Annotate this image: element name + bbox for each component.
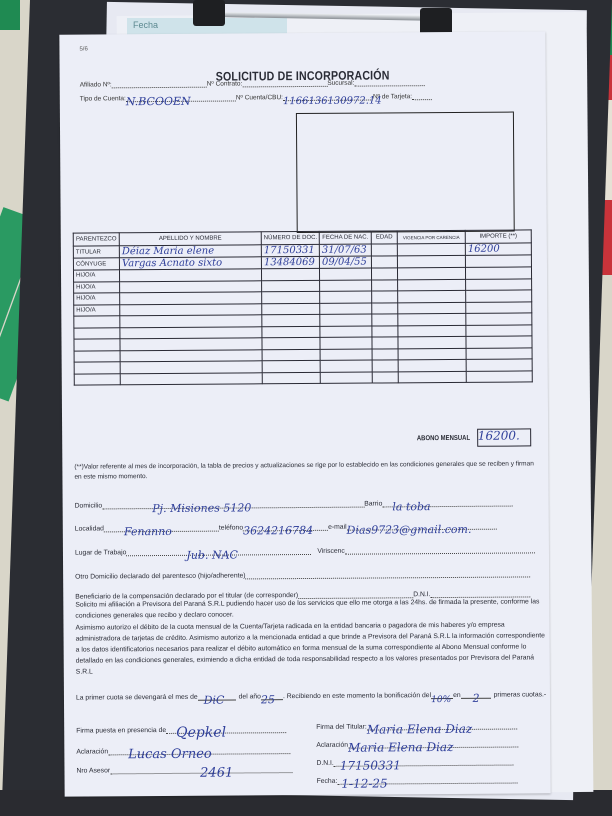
cell-vigencia[interactable] [398, 325, 466, 337]
header-row-1: Afiliado Nº: Nº Contrato: Sucursal: [80, 76, 425, 88]
cell-fecha-nac[interactable] [320, 372, 372, 384]
cell-vigencia[interactable] [397, 255, 465, 267]
price-note: (**)Valor referente al mes de incorporac… [74, 459, 536, 482]
cell-doc[interactable] [262, 326, 320, 338]
cell-fecha-nac[interactable]: 09/04/55 [319, 256, 371, 268]
cell-doc[interactable] [262, 314, 320, 326]
afiliado-field[interactable] [112, 78, 207, 89]
asesor-label: Nro Asesor [76, 767, 110, 774]
authorization-paragraph: Asimismo autorizo el débito de la cuota … [75, 619, 545, 677]
localidad-row: Localidad Fenanno teléfono 3624216784 e-… [75, 520, 497, 533]
quota-middle-text: . Recibiendo en este momento la bonifica… [283, 692, 431, 700]
aclaracion-left-label: Aclaración [76, 748, 108, 755]
cell-vigencia[interactable] [398, 348, 466, 360]
cell-importe[interactable] [466, 313, 532, 325]
otro-domicilio-field[interactable] [245, 567, 530, 579]
quota-year-field[interactable]: 25 [261, 690, 283, 700]
telefono-label: teléfono [219, 524, 243, 531]
quota-month-field[interactable]: DiC [198, 690, 236, 700]
relationship-cell: CÓNYUGE [73, 258, 119, 270]
relationship-cell: HIJO/A [74, 304, 120, 316]
localidad-field[interactable]: Fenanno [104, 522, 219, 533]
relationship-cell: HIJO/A [73, 270, 119, 282]
cell-nombre[interactable]: Vargas Acnato sixto [119, 257, 261, 270]
column-header: EDAD [371, 231, 397, 244]
relationship-cell: TITULAR [73, 246, 119, 258]
application-form: 5/6 SOLICITUD DE INCORPORACIÓN Afiliado … [59, 31, 550, 796]
cell-importe[interactable] [465, 255, 531, 267]
cell-vigencia[interactable] [398, 336, 466, 348]
viviscenc-field[interactable] [345, 543, 535, 554]
presencia-label: Firma puesta en presencia de [76, 727, 166, 735]
cell-doc[interactable] [262, 360, 320, 372]
email-label: e-mail [328, 524, 347, 531]
cell-edad[interactable] [372, 291, 398, 303]
contrato-label: Nº Contrato: [207, 80, 243, 87]
cell-edad[interactable] [372, 325, 398, 337]
presencia-row: Firma puesta en presencia de Qepkel [76, 723, 286, 734]
relationship-cell: HIJO/A [74, 281, 120, 293]
contrato-field[interactable] [242, 77, 327, 88]
cell-nombre[interactable]: Déiaz Maria elene [119, 245, 261, 258]
cell-edad[interactable] [372, 279, 398, 291]
aclaracion-left-row: Aclaración Lucas Orneo [76, 744, 290, 755]
relationship-cell [74, 339, 120, 351]
domicilio-field[interactable]: Pj. Misiones 5120 [102, 498, 364, 510]
barrio-field[interactable]: la toba [382, 497, 512, 508]
header-row-2: Tipo de Cuenta: N.BCOOEN Nº Cuenta/CBU: … [80, 90, 432, 102]
cuenta-cbu-field[interactable]: 1166136130972.14 [283, 91, 373, 102]
titular-dni-field[interactable]: 17150331 [334, 756, 514, 767]
fecha-field[interactable]: 1-12-25 [337, 774, 517, 785]
aclaracion-right-field[interactable]: Maria Elena Diaz [348, 738, 518, 749]
presencia-signature[interactable]: Qepkel [166, 723, 286, 734]
cell-nombre[interactable] [120, 372, 262, 384]
asesor-row: Nro Asesor 2461 [76, 763, 292, 775]
column-header: NÚMERO DE DOC. [261, 231, 319, 244]
cell-edad[interactable] [372, 302, 398, 314]
fecha-label: Fecha: [317, 778, 338, 785]
cell-edad[interactable] [371, 256, 397, 268]
tipo-cuenta-field[interactable]: N.BCOOEN [126, 91, 236, 102]
cell-importe[interactable] [466, 278, 532, 290]
cell-fecha-nac[interactable] [320, 360, 372, 372]
family-members-table: PARENTEZCO APELLIDO Y NOMBRE NÚMERO DE D… [73, 229, 533, 385]
cell-vigencia[interactable] [397, 243, 465, 255]
cell-importe[interactable] [466, 370, 532, 382]
column-header: FECHA DE NAC. [319, 231, 371, 244]
relationship-cell [74, 350, 120, 362]
cell-doc[interactable] [262, 280, 320, 292]
trabajo-field[interactable]: Jub. NAC [126, 545, 311, 556]
firma-titular-row: Firma del Titular: Maria Elena Diaz [316, 720, 517, 731]
cell-importe[interactable]: 16200 [465, 243, 531, 255]
afiliado-label: Afiliado Nº: [80, 81, 112, 88]
quota-count-field[interactable]: 2 [461, 689, 491, 699]
cell-doc[interactable]: 17150331 [261, 244, 319, 256]
cell-importe[interactable] [466, 290, 532, 302]
cell-doc[interactable] [262, 303, 320, 315]
monthly-fee-label: ABONO MENSUAL [417, 434, 470, 441]
cell-importe[interactable] [466, 359, 532, 371]
cell-importe[interactable] [466, 336, 532, 348]
cell-nombre[interactable] [120, 338, 262, 350]
affiliation-paragraph: Solicito mi afiliación a Previsora del P… [75, 596, 545, 621]
cell-edad[interactable] [372, 371, 398, 383]
sucursal-label: Sucursal: [327, 80, 354, 87]
first-quota-row: La primer cuota se devengará el mes de D… [76, 688, 546, 701]
cell-edad[interactable] [372, 360, 398, 372]
cell-importe[interactable] [466, 301, 532, 313]
quota-suffix: primeras cuotas.- [494, 691, 547, 698]
cell-edad[interactable] [372, 314, 398, 326]
table-row [74, 370, 532, 385]
cell-nombre[interactable] [120, 315, 262, 327]
column-header: APELLIDO Y NOMBRE [119, 232, 261, 246]
cell-importe[interactable] [466, 347, 532, 359]
cell-doc[interactable] [262, 337, 320, 349]
cell-edad[interactable] [371, 244, 397, 256]
cell-nombre[interactable] [120, 303, 262, 315]
form-code: 5/6 [79, 47, 87, 53]
cell-fecha-nac[interactable]: 31/07/63 [319, 244, 371, 256]
bonification-en-label: en [453, 692, 461, 699]
cell-nombre[interactable] [120, 280, 262, 292]
cell-doc[interactable]: 13484069 [261, 256, 319, 268]
quota-year-label: del año [239, 693, 261, 700]
cell-fecha-nac[interactable] [320, 291, 372, 303]
cell-nombre[interactable] [120, 292, 262, 304]
first-quota-prefix: La primer cuota se devengará el mes de [76, 694, 198, 702]
barrio-label: Barrio [364, 500, 382, 507]
background-green-patch [0, 0, 20, 30]
monthly-fee: ABONO MENSUAL 16200. [412, 428, 531, 447]
email-field[interactable]: Dias9723@gmail.com. [347, 520, 497, 531]
cell-fecha-nac[interactable] [320, 337, 372, 349]
domicilio-row: Domicilio Pj. Misiones 5120 Barrio la to… [75, 497, 513, 510]
cuenta-cbu-label: Nº Cuenta/CBU: [236, 94, 283, 101]
cell-vigencia[interactable] [398, 371, 466, 383]
cell-doc[interactable] [262, 372, 320, 384]
titular-dni-row: D.N.I. 17150331 [316, 756, 513, 767]
sucursal-field[interactable] [354, 76, 424, 86]
relationship-cell [74, 373, 120, 385]
otro-domicilio-row: Otro Domicilio declarado del parentesco … [75, 567, 530, 580]
cell-doc[interactable] [262, 349, 320, 361]
cell-vigencia[interactable] [398, 359, 466, 371]
localidad-label: Localidad [75, 525, 104, 532]
cell-nombre[interactable] [120, 326, 262, 338]
cell-importe[interactable] [466, 324, 532, 336]
cell-vigencia[interactable] [397, 267, 465, 279]
tarjeta-label: Nº de Tarjeta: [373, 93, 412, 100]
column-header: IMPORTE (**) [465, 230, 531, 243]
cell-fecha-nac[interactable] [320, 314, 372, 326]
cell-doc[interactable] [262, 291, 320, 303]
tipo-cuenta-label: Tipo de Cuenta: [80, 95, 126, 102]
cell-vigencia[interactable] [398, 313, 466, 325]
titular-dni-label: D.N.I. [316, 760, 333, 767]
aclaracion-right-label: Aclaración [316, 742, 348, 749]
cell-doc[interactable] [261, 268, 319, 280]
relationship-cell [74, 362, 120, 374]
aclaracion-left-field[interactable]: Lucas Orneo [108, 744, 290, 755]
telefono-field[interactable]: 3624216784 [243, 521, 328, 532]
aclaracion-right-row: Aclaración Maria Elena Diaz [316, 738, 518, 749]
trabajo-row: Lugar de Trabajo Jub. NAC Viriscenc [75, 543, 535, 556]
monthly-fee-value[interactable]: 16200. [477, 428, 531, 446]
cell-fecha-nac[interactable] [319, 268, 371, 280]
cell-nombre[interactable] [119, 269, 261, 281]
firma-titular-label: Firma del Titular: [316, 724, 367, 731]
otro-domicilio-label: Otro Domicilio declarado del parentesco … [75, 572, 245, 580]
tarjeta-field[interactable] [412, 90, 432, 100]
cell-nombre[interactable] [120, 361, 262, 373]
trabajo-label: Lugar de Trabajo [75, 549, 126, 556]
domicilio-label: Domicilio [75, 502, 103, 509]
cell-fecha-nac[interactable] [320, 303, 372, 315]
cell-vigencia[interactable] [398, 302, 466, 314]
bonification-field[interactable]: 10% [431, 689, 453, 699]
cell-nombre[interactable] [120, 349, 262, 361]
cell-edad[interactable] [372, 348, 398, 360]
cell-fecha-nac[interactable] [320, 349, 372, 361]
photo-box [296, 112, 515, 234]
relationship-cell: HIJO/A [74, 293, 120, 305]
cell-vigencia[interactable] [398, 279, 466, 291]
viviscenc-label: Viriscenc [317, 548, 345, 555]
fecha-row: Fecha: 1-12-25 [317, 774, 518, 785]
relationship-cell [74, 327, 120, 339]
relationship-cell [74, 316, 120, 328]
cell-edad[interactable] [371, 268, 397, 280]
column-header: VIGENCIA POR CARENCIA [397, 230, 465, 243]
cell-fecha-nac[interactable] [320, 280, 372, 292]
cell-edad[interactable] [372, 337, 398, 349]
cell-fecha-nac[interactable] [320, 326, 372, 338]
firma-titular-signature[interactable]: Maria Elena Diaz [367, 720, 517, 731]
column-header: PARENTEZCO [73, 233, 119, 246]
asesor-field[interactable]: 2461 [110, 763, 292, 774]
clip-hinge-left [193, 0, 225, 26]
cell-vigencia[interactable] [398, 290, 466, 302]
cell-importe[interactable] [465, 267, 531, 279]
